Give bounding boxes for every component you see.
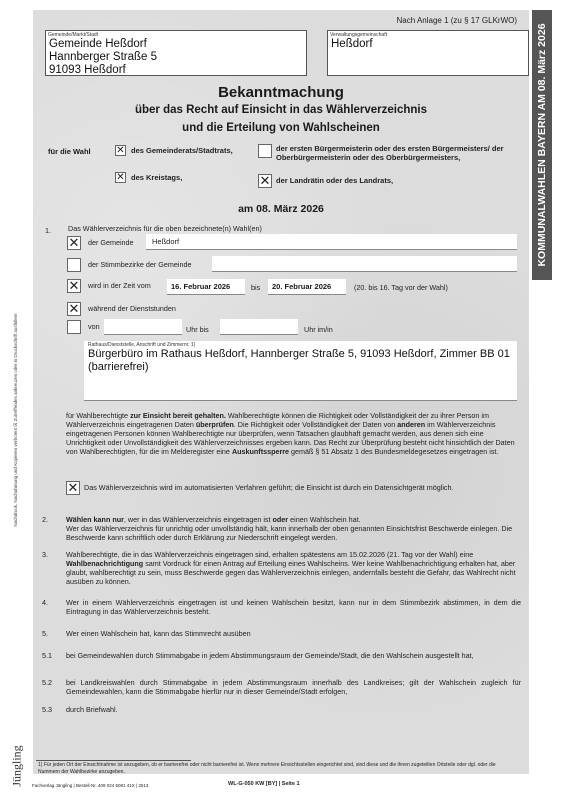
checkbox-landrat[interactable]: ✕: [258, 174, 272, 188]
left-notice-text: Nachdruck, Nachahmung und Kopieren verbo…: [13, 313, 19, 526]
checkbox-stimmbezirke[interactable]: [67, 258, 81, 272]
section-5-3-number: 5.3: [42, 705, 52, 714]
gemeinde-street: Hannberger Straße 5: [49, 51, 306, 64]
gemeinde-box[interactable]: Gemeinde/Markt/Stadt Gemeinde Heßdorf Ha…: [45, 30, 307, 76]
gemeinde-name: Gemeinde Heßdorf: [49, 38, 306, 51]
label-bis: bis: [251, 283, 260, 292]
label-automatisiert: Das Wählerverzeichnis wird im automatisi…: [84, 483, 484, 492]
footnote: 1) Für jeden Ort der Einsichtnahme ist a…: [38, 762, 508, 775]
ort-box[interactable]: Rathaus/Dienststelle, Anschrift und Zimm…: [84, 341, 517, 401]
election-date: am 08. März 2026: [33, 203, 529, 215]
zeitraum-to-field[interactable]: 20. Februar 2026: [268, 279, 346, 295]
zeitraum-note: (20. bis 16. Tag vor der Wahl): [354, 283, 448, 292]
label-stimmbezirke: der Stimmbezirke der Gemeinde: [88, 260, 191, 269]
verwaltung-box[interactable]: Verwaltungsgemeinschaft Heßdorf: [327, 30, 529, 76]
section-2-number: 2.: [42, 515, 48, 524]
label-gemeinde: der Gemeinde: [88, 238, 134, 247]
verwaltung-name: Heßdorf: [331, 38, 528, 51]
section-1-number: 1.: [45, 226, 51, 235]
section-5-1-text: bei Gemeindewahlen durch Stimmabgabe in …: [66, 651, 521, 660]
wahl-label: für die Wahl: [48, 147, 91, 156]
gemeinde-field[interactable]: Heßdorf: [146, 234, 517, 250]
checkbox-kreistag[interactable]: ✕: [115, 172, 126, 183]
section-1-paragraph: für Wahlberechtigte zur Einsicht bereit …: [66, 411, 518, 456]
checkbox-buergermeister[interactable]: [258, 144, 272, 158]
left-notice: Nachdruck, Nachahmung und Kopieren verbo…: [4, 320, 28, 520]
section-5-number: 5.: [42, 629, 48, 638]
section-2-text: Wählen kann nur, wer in das Wählerverzei…: [66, 515, 521, 542]
checkbox-gemeinde[interactable]: ✕: [67, 236, 81, 250]
section-5-2-text: bei Landkreiswahlen durch Stimmabgabe in…: [66, 678, 521, 696]
section-5-1-number: 5.1: [42, 651, 52, 660]
section-1-intro: Das Wählerverzeichnis für die oben bezei…: [68, 224, 262, 233]
footer-publisher: Fachverlag Jüngling | Bestell-Nr. 409 02…: [32, 781, 148, 790]
section-3-number: 3.: [42, 550, 48, 559]
form-reference: Nach Anlage 1 (zu § 17 GLKrWO): [397, 16, 518, 25]
publisher-logo: Jüngling: [2, 738, 32, 794]
section-4-number: 4.: [42, 598, 48, 607]
checkbox-dienststunden[interactable]: ✕: [67, 302, 81, 316]
zeitraum-from-field[interactable]: 16. Februar 2026: [167, 279, 245, 295]
checkbox-automatisiert[interactable]: ✕: [66, 481, 80, 495]
section-4-text: Wer in einem Wählerverzeichnis eingetrag…: [66, 598, 521, 616]
label-dienststunden: während der Dienststunden: [88, 304, 176, 313]
label-kreistag: des Kreistags,: [131, 174, 182, 183]
section-3-text: Wahlberechtigte, die in das Wählerverzei…: [66, 550, 521, 586]
label-von: von: [88, 322, 100, 331]
page-title: Bekanntmachung: [33, 84, 529, 101]
section-5-2-number: 5.2: [42, 678, 52, 687]
label-zeitraum: wird in der Zeit vom: [88, 281, 151, 290]
von-time-field[interactable]: [104, 319, 182, 335]
label-gemeinderat: des Gemeinderats/Stadtrats,: [131, 147, 233, 156]
side-banner-text: KOMMUNALWAHLEN BAYERN AM 08. März 2026: [536, 23, 548, 266]
bis-time-field[interactable]: [220, 319, 298, 335]
stimmbezirke-field[interactable]: [212, 256, 517, 272]
subtitle-1: über das Recht auf Einsicht in das Wähle…: [33, 104, 529, 116]
gemeinde-city: 91093 Heßdorf: [49, 64, 306, 77]
section-5-3-text: durch Briefwahl.: [66, 705, 118, 714]
label-landrat: der Landrätin oder des Landrats,: [276, 177, 393, 186]
footer-form-id: WL-G-050 KW [BY] | Seite 1: [228, 780, 300, 789]
ort-value: Bürgerbüro im Rathaus Heßdorf, Hannberge…: [88, 348, 513, 374]
subtitle-2: und die Erteilung von Wahlscheinen: [33, 122, 529, 134]
label-uhr-im: Uhr im/in: [304, 325, 333, 334]
publisher-logo-text: Jüngling: [10, 745, 25, 786]
label-buergermeister: der ersten Bürgermeisterin oder des erst…: [276, 145, 526, 162]
footnote-divider: [36, 760, 191, 761]
label-uhr-bis: Uhr bis: [186, 325, 209, 334]
side-banner: KOMMUNALWAHLEN BAYERN AM 08. März 2026: [532, 10, 552, 280]
checkbox-von[interactable]: [67, 320, 81, 334]
checkbox-zeitraum[interactable]: ✕: [67, 279, 81, 293]
checkbox-gemeinderat[interactable]: ✕: [115, 145, 126, 156]
section-5-text: Wer einen Wahlschein hat, kann das Stimm…: [66, 629, 521, 638]
